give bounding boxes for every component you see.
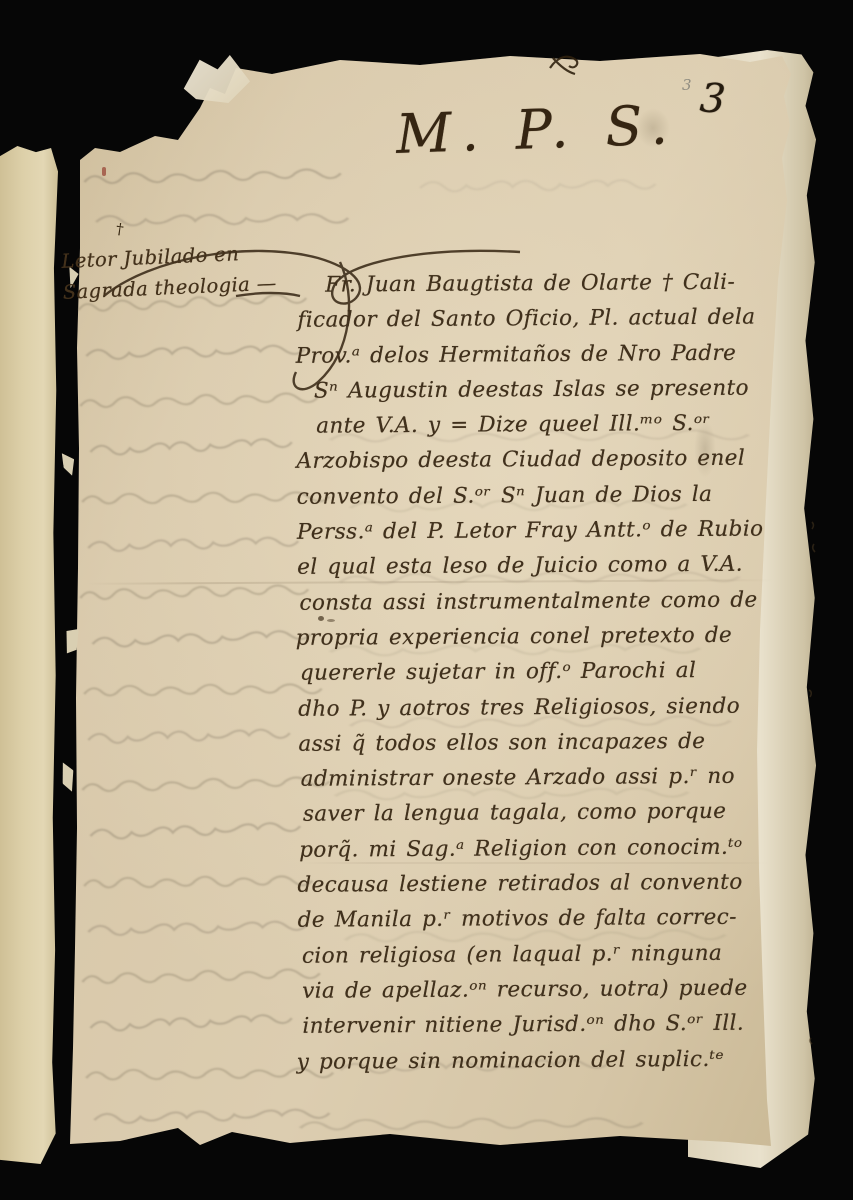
edge-text-fragments xyxy=(0,0,853,1200)
archival-manuscript-scan: 3 3 M. P. S. † Letor Jubilado en Sagrada… xyxy=(0,0,853,1200)
